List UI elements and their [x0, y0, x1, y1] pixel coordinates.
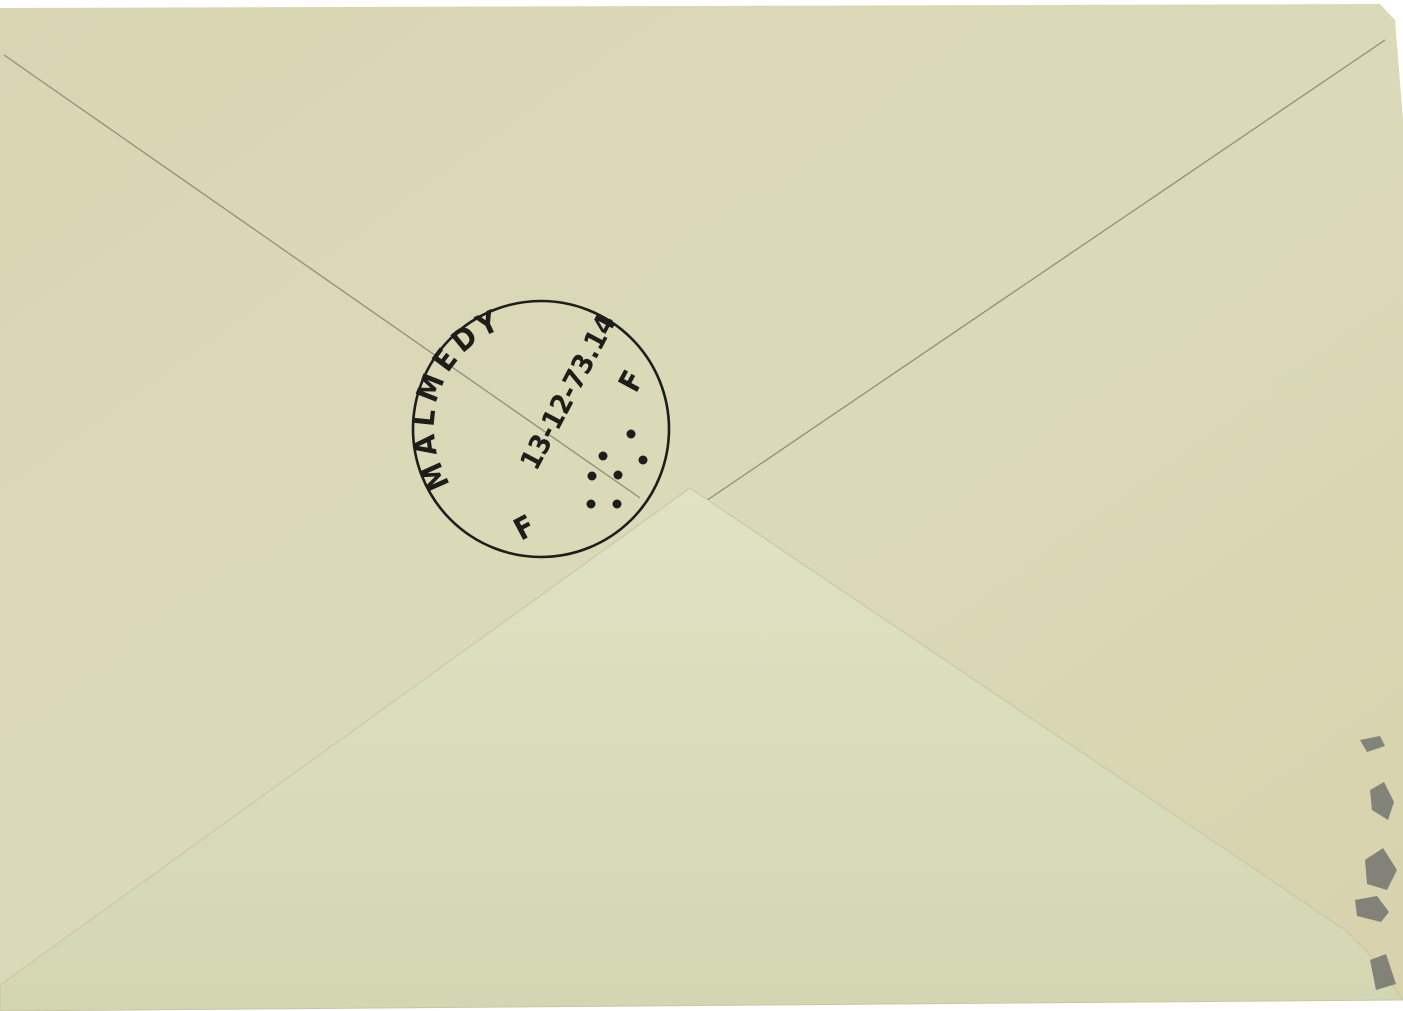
envelope-drawing: MALMEDY 13-12-73.14 F F [0, 0, 1403, 1011]
envelope-back: MALMEDY 13-12-73.14 F F [0, 0, 1403, 1011]
